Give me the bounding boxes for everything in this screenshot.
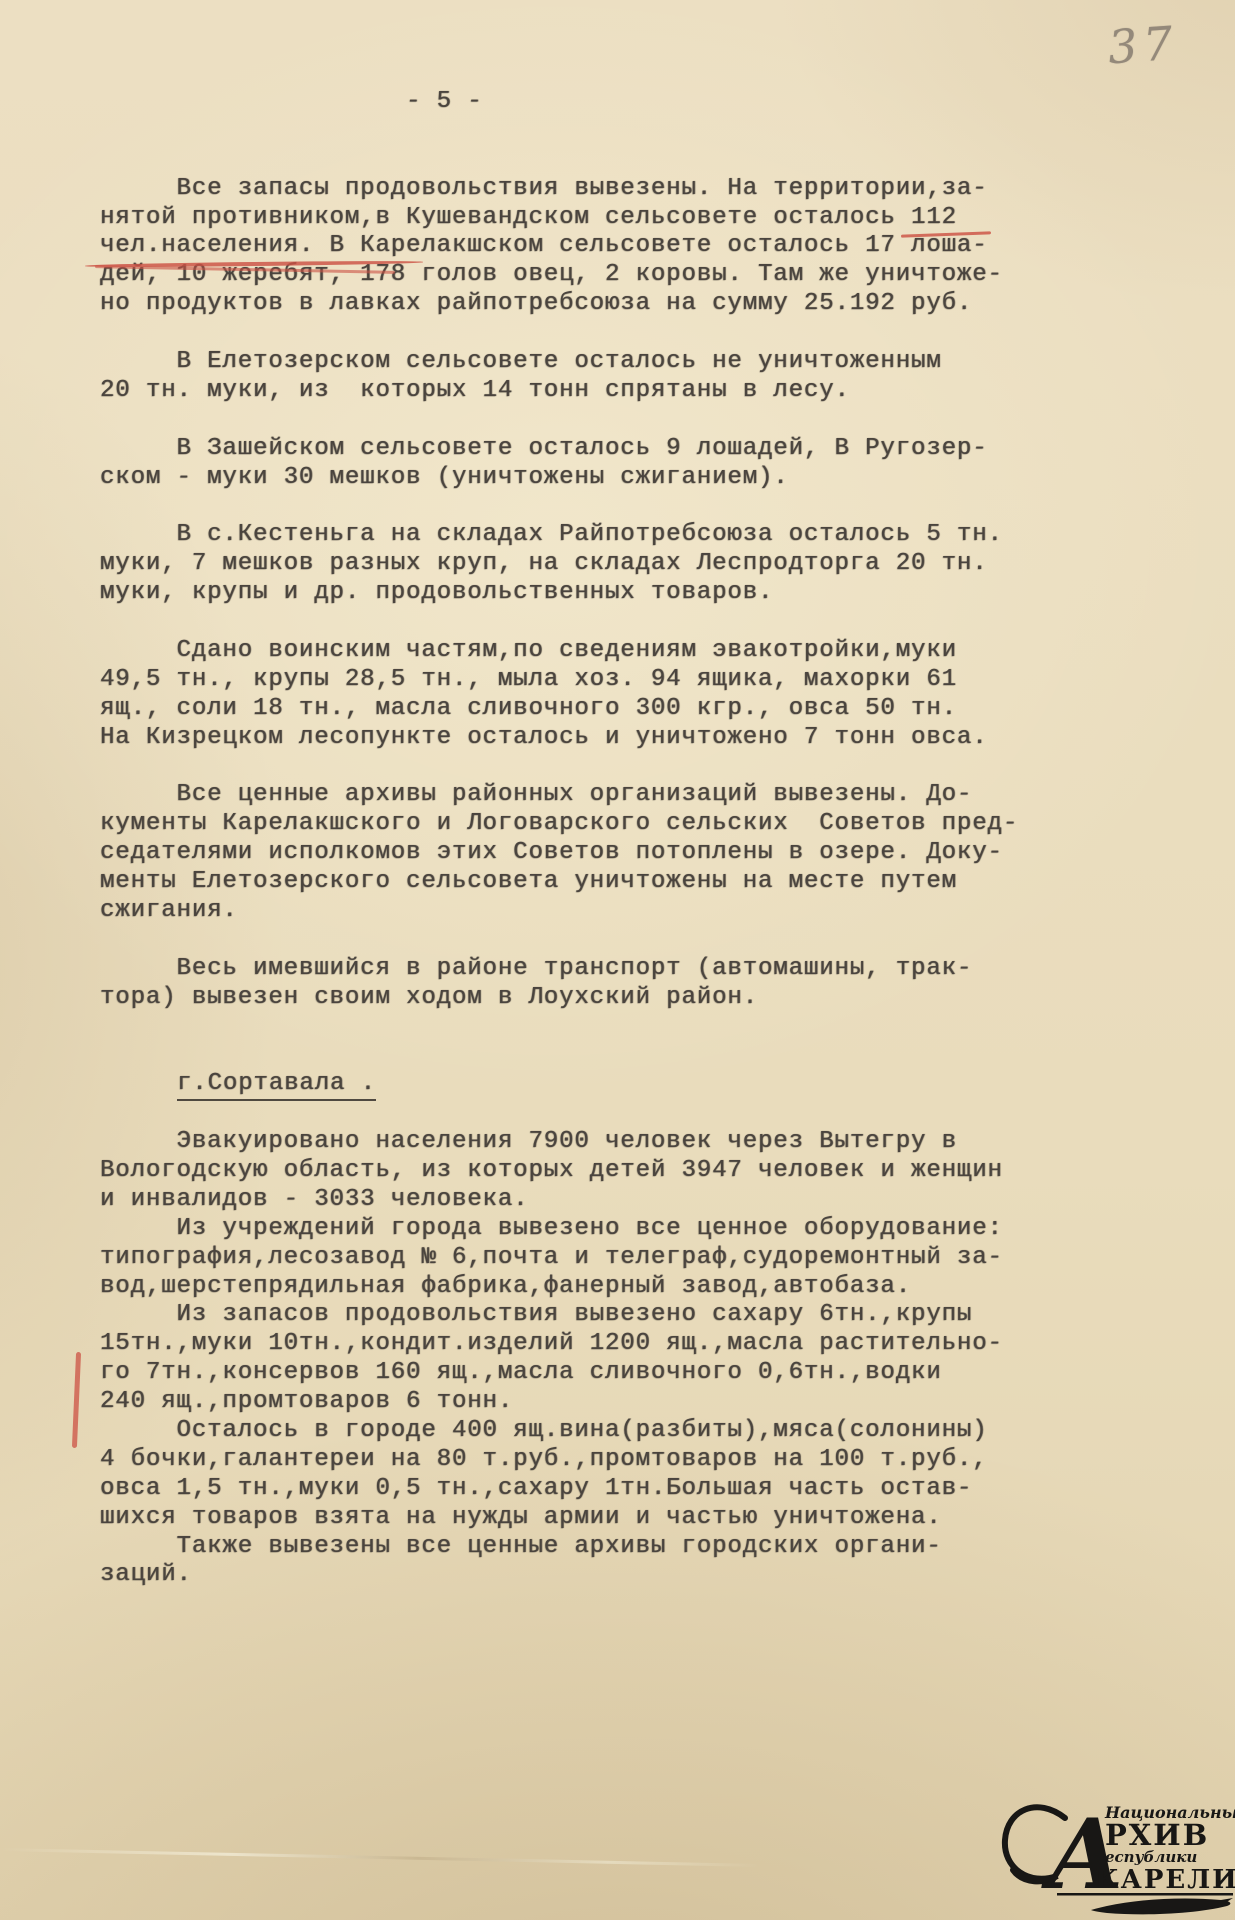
document-line: овса 1,5 тн.,муки 0,5 тн.,сахару 1тн.Бол… — [100, 1475, 1180, 1504]
document-line: шихся товаров взята на нужды армии и час… — [100, 1504, 1180, 1533]
document-line: но продуктов в лавках райпотребсоюза на … — [100, 290, 1180, 319]
paper-crease — [0, 1848, 760, 1867]
document-line: Вологодскую область, из которых детей 39… — [100, 1157, 1180, 1186]
blank-line — [100, 319, 1180, 348]
document-line: сжигания. — [100, 897, 1180, 926]
blank-line — [100, 146, 1180, 175]
blank-line — [100, 926, 1180, 955]
document-line: го 7тн.,консервов 160 ящ.,масла сливочно… — [100, 1359, 1180, 1388]
page-number: - 5 - — [100, 88, 1180, 117]
document-line: 49,5 тн., крупы 28,5 тн., мыла хоз. 94 я… — [100, 666, 1180, 695]
document-line: Сдано воинским частям,по сведениям эвако… — [100, 637, 1180, 666]
archive-watermark: А Национальный РХИВ еспублики КАРЕЛИЯ — [995, 1788, 1235, 1918]
red-margin-stroke — [72, 1352, 81, 1448]
document-line: В с.Кестеньга на складах Райпотребсоюза … — [100, 521, 1180, 550]
watermark-line4: КАРЕЛИЯ — [1095, 1865, 1235, 1895]
document-line: вод,шерстепрядильная фабрика,фанерный за… — [100, 1273, 1180, 1302]
document-line: нятой противником,в Кушевандском сельсов… — [100, 204, 1180, 233]
document-line: На Кизрецком лесопункте осталось и уничт… — [100, 724, 1180, 753]
document-line: Все запасы продовольствия вывезены. На т… — [100, 175, 1180, 204]
watermark-line3: еспублики — [1105, 1848, 1197, 1866]
document-line: тора) вывезен своим ходом в Лоухский рай… — [100, 984, 1180, 1013]
document-line: Осталось в городе 400 ящ.вина(разбиты),м… — [100, 1417, 1180, 1446]
document-line: заций. — [100, 1561, 1180, 1590]
scanned-document-page: - 5 - Все запасы продовольствия вывезены… — [0, 0, 1235, 1920]
archive-logo-graphic: А Национальный РХИВ еспублики КАРЕЛИЯ — [995, 1788, 1235, 1918]
blank-line — [100, 117, 1180, 146]
handwritten-folio-number: 37 — [1106, 16, 1180, 75]
document-line: ском - муки 30 мешков (уничтожены сжиган… — [100, 464, 1180, 493]
document-line: менты Елетозерского сельсовета уничтожен… — [100, 868, 1180, 897]
document-line: Все ценные архивы районных организаций в… — [100, 781, 1180, 810]
document-line: 240 ящ.,промтоваров 6 тонн. — [100, 1388, 1180, 1417]
document-line: Из учреждений города вывезено все ценное… — [100, 1215, 1180, 1244]
blank-line — [100, 608, 1180, 637]
blank-line — [100, 1041, 1180, 1070]
document-line: ящ., соли 18 тн., масла сливочного 300 к… — [100, 695, 1180, 724]
blank-line — [100, 1013, 1180, 1042]
watermark-rule — [1057, 1893, 1233, 1896]
document-line: 20 тн. муки, из которых 14 тонн спрятаны… — [100, 377, 1180, 406]
document-line: муки, крупы и др. продовольственных това… — [100, 579, 1180, 608]
document-line: чел.населения. В Карелакшском сельсовете… — [100, 232, 1180, 261]
blank-line — [100, 752, 1180, 781]
document-line: В Зашейском сельсовете осталось 9 лошаде… — [100, 435, 1180, 464]
document-line: кументы Карелакшского и Логоварского сел… — [100, 810, 1180, 839]
document-line: 4 бочки,галантереи на 80 т.руб.,промтова… — [100, 1446, 1180, 1475]
document-line: Также вывезены все ценные архивы городск… — [100, 1533, 1180, 1562]
document-line: седателями исполкомов этих Советов потоп… — [100, 839, 1180, 868]
document-line: и инвалидов - 3033 человека. — [100, 1186, 1180, 1215]
document-line: Весь имевшийся в районе транспорт (автом… — [100, 955, 1180, 984]
document-line: Эвакуировано населения 7900 человек чере… — [100, 1128, 1180, 1157]
blank-line — [100, 492, 1180, 521]
blank-line — [100, 406, 1180, 435]
section-heading-sortavala: г.Сортавала . — [100, 1070, 1180, 1099]
typed-text-block: - 5 - Все запасы продовольствия вывезены… — [100, 88, 1180, 1590]
section-heading-text: г.Сортавала . — [177, 1070, 376, 1101]
blank-line — [100, 1099, 1180, 1128]
watermark-line2: РХИВ — [1105, 1818, 1209, 1852]
document-line: типография,лесозавод № 6,почта и телегра… — [100, 1244, 1180, 1273]
document-line: 15тн.,муки 10тн.,кондит.изделий 1200 ящ.… — [100, 1330, 1180, 1359]
document-line: В Елетозерском сельсовете осталось не ун… — [100, 348, 1180, 377]
document-line: Из запасов продовольствия вывезено сахар… — [100, 1301, 1180, 1330]
document-line: муки, 7 мешков разных круп, на складах Л… — [100, 550, 1180, 579]
